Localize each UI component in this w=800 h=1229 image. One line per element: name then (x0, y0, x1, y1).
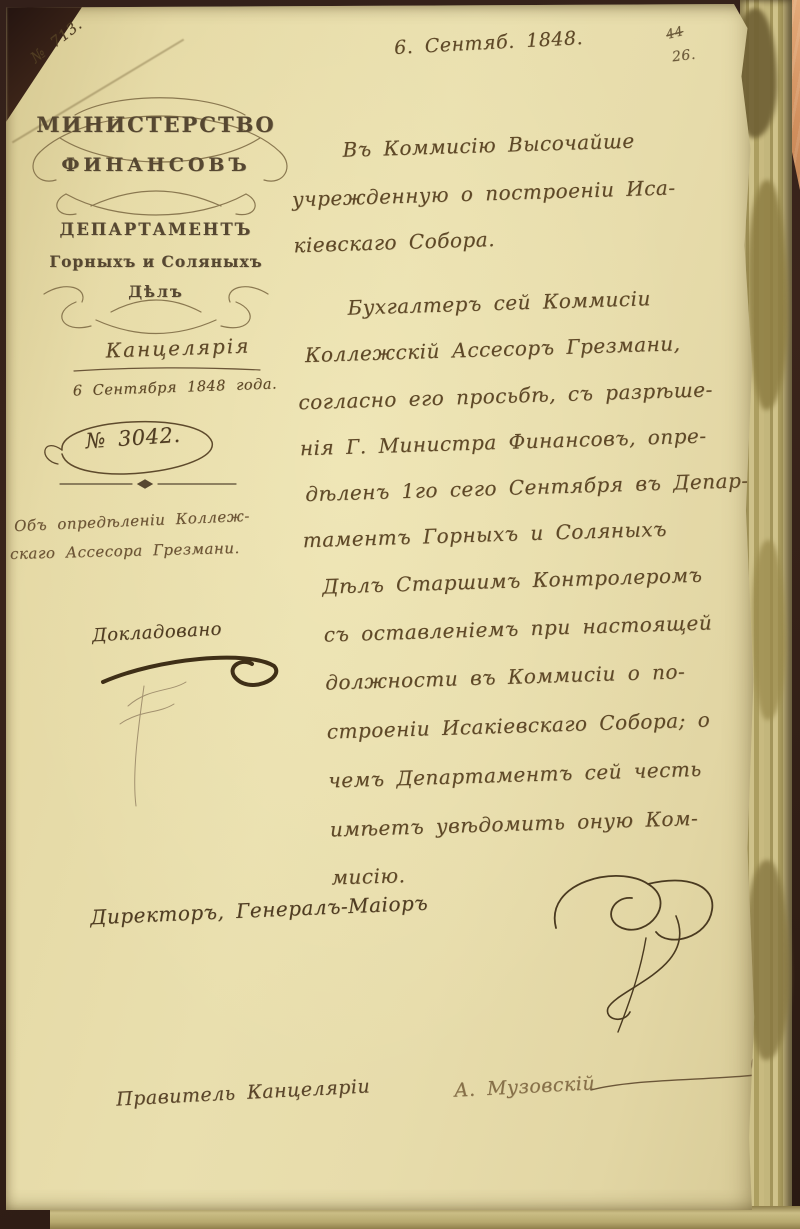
director-signature (526, 856, 746, 1036)
body-line: чемъ Департаментъ сей честь (328, 757, 702, 793)
document-page: № 713. 6. Сентяб. 1848. 44 26. МИНИСТЕРС… (6, 4, 758, 1210)
letter-body: Въ Коммисію Высочайше учрежденную о пост… (286, 115, 780, 909)
body-line: кіевскаго Собора. (293, 227, 495, 257)
folio-number: 26. (671, 47, 697, 66)
body-line: Въ Коммисію Высочайше (342, 129, 635, 162)
clerk-name: А. Музовскій (454, 1072, 596, 1101)
letterhead-department-line2: Горныхъ и Соляныхъ (28, 252, 284, 271)
reported-note: Докладовано (92, 619, 223, 647)
body-line: Коллежскій Ассесоръ Грезмани, (305, 331, 681, 367)
top-date: 6. Сентяб. 1848. (394, 27, 584, 59)
letterhead-ministry: МИНИСТЕРСТВО (28, 112, 284, 137)
margin-subject-line1: Объ опредѣленіи Коллеж- (14, 507, 250, 535)
letterhead-department: ДЕПАРТАМЕНТЪ (28, 220, 284, 239)
clerk-title: Правитель Канцеляріи (116, 1075, 371, 1110)
body-line: нія Г. Министра Финансовъ, опре- (300, 424, 707, 461)
body-line: мисію. (331, 863, 406, 889)
body-line: дѣленъ 1го сего Сентября въ Депар- (305, 468, 749, 506)
director-title: Директоръ, Генералъ-Маіоръ (90, 891, 429, 930)
letterhead-finance: ФИНАНСОВЪ (28, 154, 284, 176)
section-divider-ornament (58, 478, 238, 490)
office-date: 6 Сентября 1848 года. (50, 376, 300, 401)
office-underline (72, 366, 262, 374)
letterhead-bottom-flourish (36, 272, 276, 338)
body-line: Дѣлъ Старшимъ Контролеромъ (322, 563, 703, 599)
photograph-of-archival-document: № 713. 6. Сентяб. 1848. 44 26. МИНИСТЕРС… (0, 0, 800, 1229)
folio-number-cancelled: 44 (664, 24, 685, 43)
body-line: Бухгалтеръ сей Коммисіи (347, 286, 651, 320)
body-line: имѣетъ увѣдомить оную Ком- (329, 806, 698, 842)
body-line: строеніи Исакіевскаго Собора; о (326, 708, 710, 744)
body-line: съ оставленіемъ при настоящей (323, 610, 712, 646)
body-line: согласно его просьбѣ, съ разрѣше- (298, 377, 713, 414)
margin-subject-line2: скаго Ассесора Грезмани. (10, 539, 240, 563)
body-line: должности въ Коммисіи о по- (325, 659, 686, 694)
pencil-annotation (86, 664, 236, 814)
body-line: учрежденную о построеніи Иса- (292, 175, 676, 211)
body-line: таментъ Горныхъ и Соляныхъ (302, 517, 667, 552)
